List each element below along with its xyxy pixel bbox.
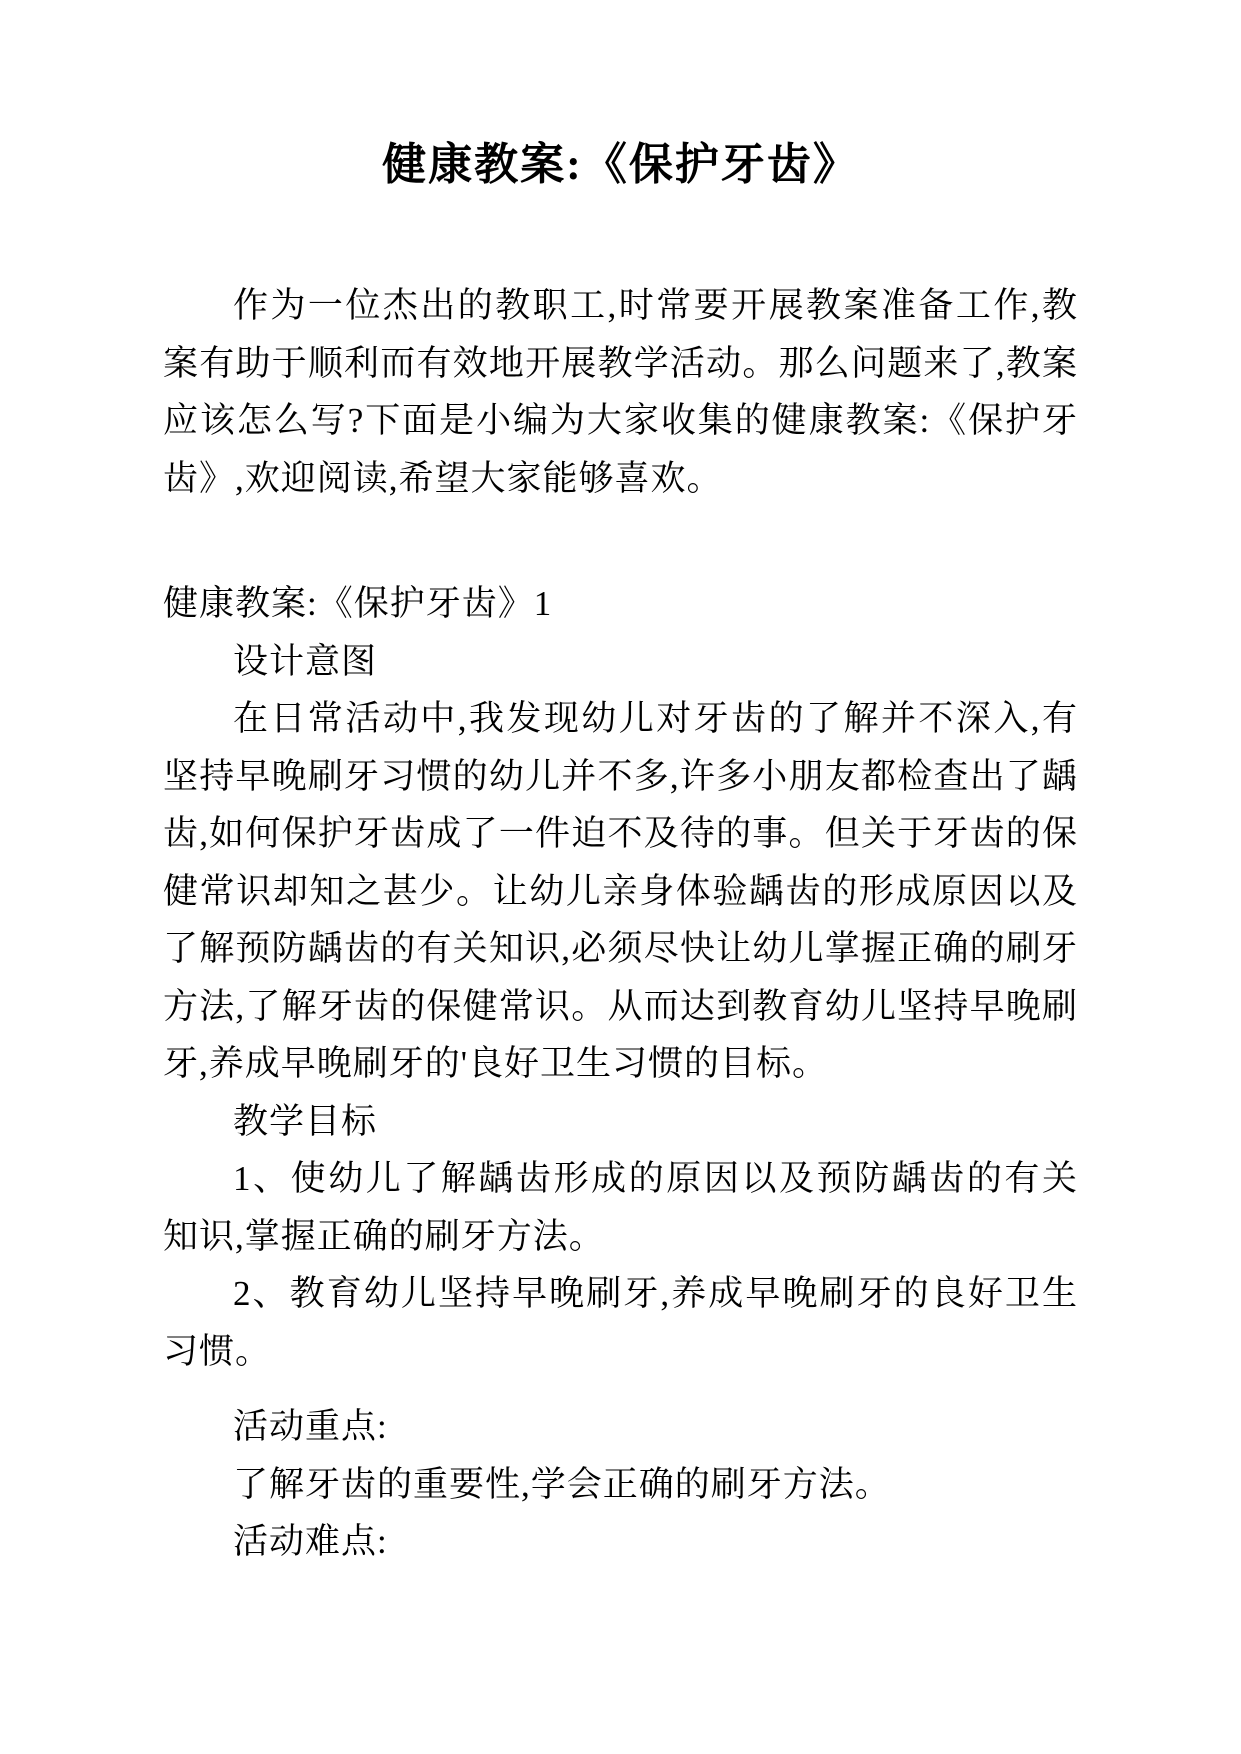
subheading-teaching-goals: 教学目标 — [163, 1093, 1078, 1151]
subheading-design-intent: 设计意图 — [163, 633, 1078, 691]
intro-paragraph: 作为一位杰出的教职工,时常要开展教案准备工作,教案有助于顺利而有效地开展教学活动… — [163, 277, 1078, 507]
goal-item-1: 1、使幼儿了解龋齿形成的原因以及预防龋齿的有关知识,掌握正确的刷牙方法。 — [163, 1150, 1078, 1265]
activity-focus-text: 了解牙齿的重要性,学会正确的刷牙方法。 — [163, 1456, 1078, 1514]
document-page: 健康教案:《保护牙齿》 作为一位杰出的教职工,时常要开展教案准备工作,教案有助于… — [0, 0, 1241, 1754]
design-intent-paragraph: 在日常活动中,我发现幼儿对牙齿的了解并不深入,有坚持早晚刷牙习惯的幼儿并不多,许… — [163, 690, 1078, 1093]
section-heading-1: 健康教案:《保护牙齿》1 — [163, 575, 1078, 633]
document-title: 健康教案:《保护牙齿》 — [163, 133, 1078, 197]
goal-item-2: 2、教育幼儿坚持早晚刷牙,养成早晚刷牙的良好卫生习惯。 — [163, 1265, 1078, 1380]
activity-focus-label: 活动重点: — [163, 1398, 1078, 1456]
activity-difficulty-label: 活动难点: — [163, 1513, 1078, 1571]
